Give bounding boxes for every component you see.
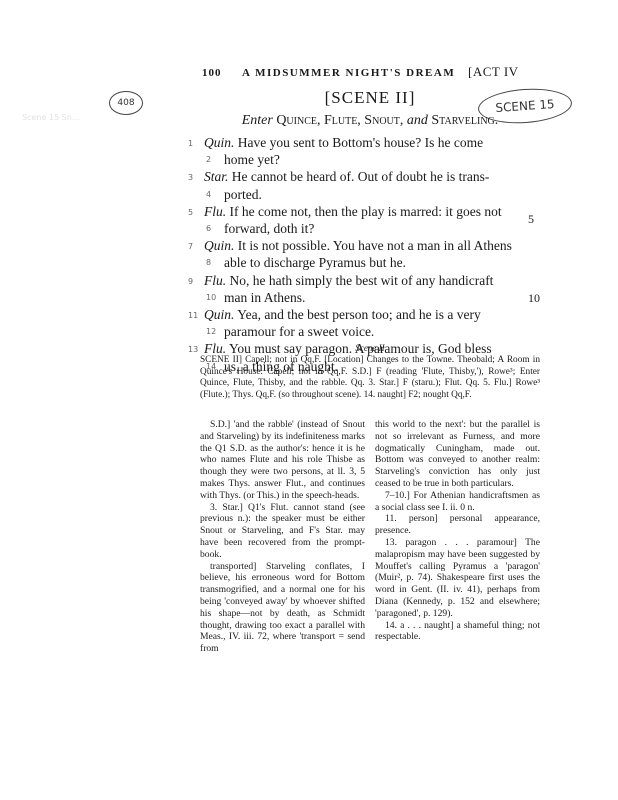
sd-enter: Enter — [242, 113, 273, 128]
hand-line-number: 7 — [188, 238, 193, 255]
speech-continuation: forward, doth it? — [204, 220, 566, 237]
scene-title: [SCENE II] — [200, 88, 540, 108]
hand-line-number: 5 — [188, 204, 193, 221]
faint-margin-note: Scene 15 Sn... — [22, 113, 79, 122]
speaker: Flu. — [204, 204, 226, 219]
speech: 9 Flu. No, he hath simply the best wit o… — [186, 272, 566, 306]
running-head: 100 A MIDSUMMER NIGHT'S DREAM [ACT IV — [202, 64, 562, 80]
hand-line-number: 2 — [206, 151, 211, 168]
hand-line-number: 12 — [206, 323, 216, 340]
speech-text: He cannot be heard of. Out of doubt he i… — [232, 169, 490, 184]
speech-text: No, he hath simply the best wit of any h… — [230, 273, 494, 288]
commentary: S.D.] 'and the rabble' (instead of Snout… — [200, 419, 540, 655]
speaker: Quin. — [204, 238, 234, 253]
commentary-right-column: this world to the next': but the paralle… — [375, 419, 540, 655]
speaker: Star. — [204, 169, 228, 184]
speech-text: It is not possible. You have not a man i… — [238, 238, 512, 253]
hand-line-number: 11 — [188, 307, 198, 324]
speech: 5 Flu. If he come not, then the play is … — [186, 203, 566, 237]
stage-direction: Enter Quince, Flute, Snout, and Starveli… — [200, 113, 540, 129]
act-label: [ACT IV — [468, 64, 519, 80]
hand-line-number: 8 — [206, 254, 211, 271]
speech-continuation: paramour for a sweet voice. — [204, 323, 566, 340]
speech: 7 Quin. It is not possible. You have not… — [186, 237, 566, 271]
speech-text: Yea, and the best person too; and he is … — [237, 307, 480, 322]
speech-continuation: ported. — [204, 186, 566, 203]
dialogue: 1 Quin. Have you sent to Bottom's house?… — [186, 134, 566, 375]
line-number-margin: 5 — [528, 211, 534, 228]
commentary-note: 11. person] personal appearance, presenc… — [375, 513, 540, 537]
commentary-note: S.D.] 'and the rabble' (instead of Snout… — [200, 419, 365, 502]
hand-line-number: 4 — [206, 186, 211, 203]
hand-line-number: 13 — [188, 341, 198, 358]
speech: 3 Star. He cannot be heard of. Out of do… — [186, 168, 566, 202]
speech-text: If he come not, then the play is marred:… — [230, 204, 502, 219]
commentary-note: 3. Star.] Q1's Flut. cannot stand (see p… — [200, 502, 365, 561]
speech: 1 Quin. Have you sent to Bottom's house?… — [186, 134, 566, 168]
sd-last: Starveling. — [431, 113, 498, 128]
hand-line-number: 10 — [206, 289, 216, 306]
hand-line-number: 1 — [188, 135, 193, 152]
sd-names: Quince, Flute, Snout, — [276, 113, 403, 128]
collation-scene-label: Scene II — [200, 343, 540, 353]
commentary-note: transported] Starveling conflates, I bel… — [200, 561, 365, 655]
hand-line-number: 9 — [188, 273, 193, 290]
hand-line-number: 3 — [188, 169, 193, 186]
commentary-note: this world to the next': but the paralle… — [375, 419, 540, 490]
speech-continuation: able to discharge Pyramus but he. — [204, 254, 566, 271]
speech: 11 Quin. Yea, and the best person too; a… — [186, 306, 566, 340]
speaker: Quin. — [204, 307, 234, 322]
line-number-margin: 10 — [528, 290, 540, 307]
handwritten-page-id: 408 — [109, 91, 143, 115]
commentary-note: 13. paragon . . . paramour] The malaprop… — [375, 537, 540, 620]
speaker: Flu. — [204, 273, 226, 288]
sd-and: and — [407, 113, 428, 128]
hand-line-number: 6 — [206, 220, 211, 237]
running-title: A MIDSUMMER NIGHT'S DREAM — [242, 67, 468, 79]
page-number: 100 — [202, 67, 242, 79]
commentary-note: 14. a . . . naught] a shameful thing; no… — [375, 620, 540, 644]
speech-continuation: home yet? — [204, 151, 566, 168]
speech-text: Have you sent to Bottom's house? Is he c… — [238, 135, 483, 150]
speech-continuation: man in Athens. — [204, 289, 566, 306]
commentary-note: 7–10.] For Athenian handicraftsmen as a … — [375, 490, 540, 514]
speaker: Quin. — [204, 135, 234, 150]
commentary-left-column: S.D.] 'and the rabble' (instead of Snout… — [200, 419, 365, 655]
textual-collation: SCENE II] Capell; not in Qq,F. [Location… — [200, 355, 540, 401]
